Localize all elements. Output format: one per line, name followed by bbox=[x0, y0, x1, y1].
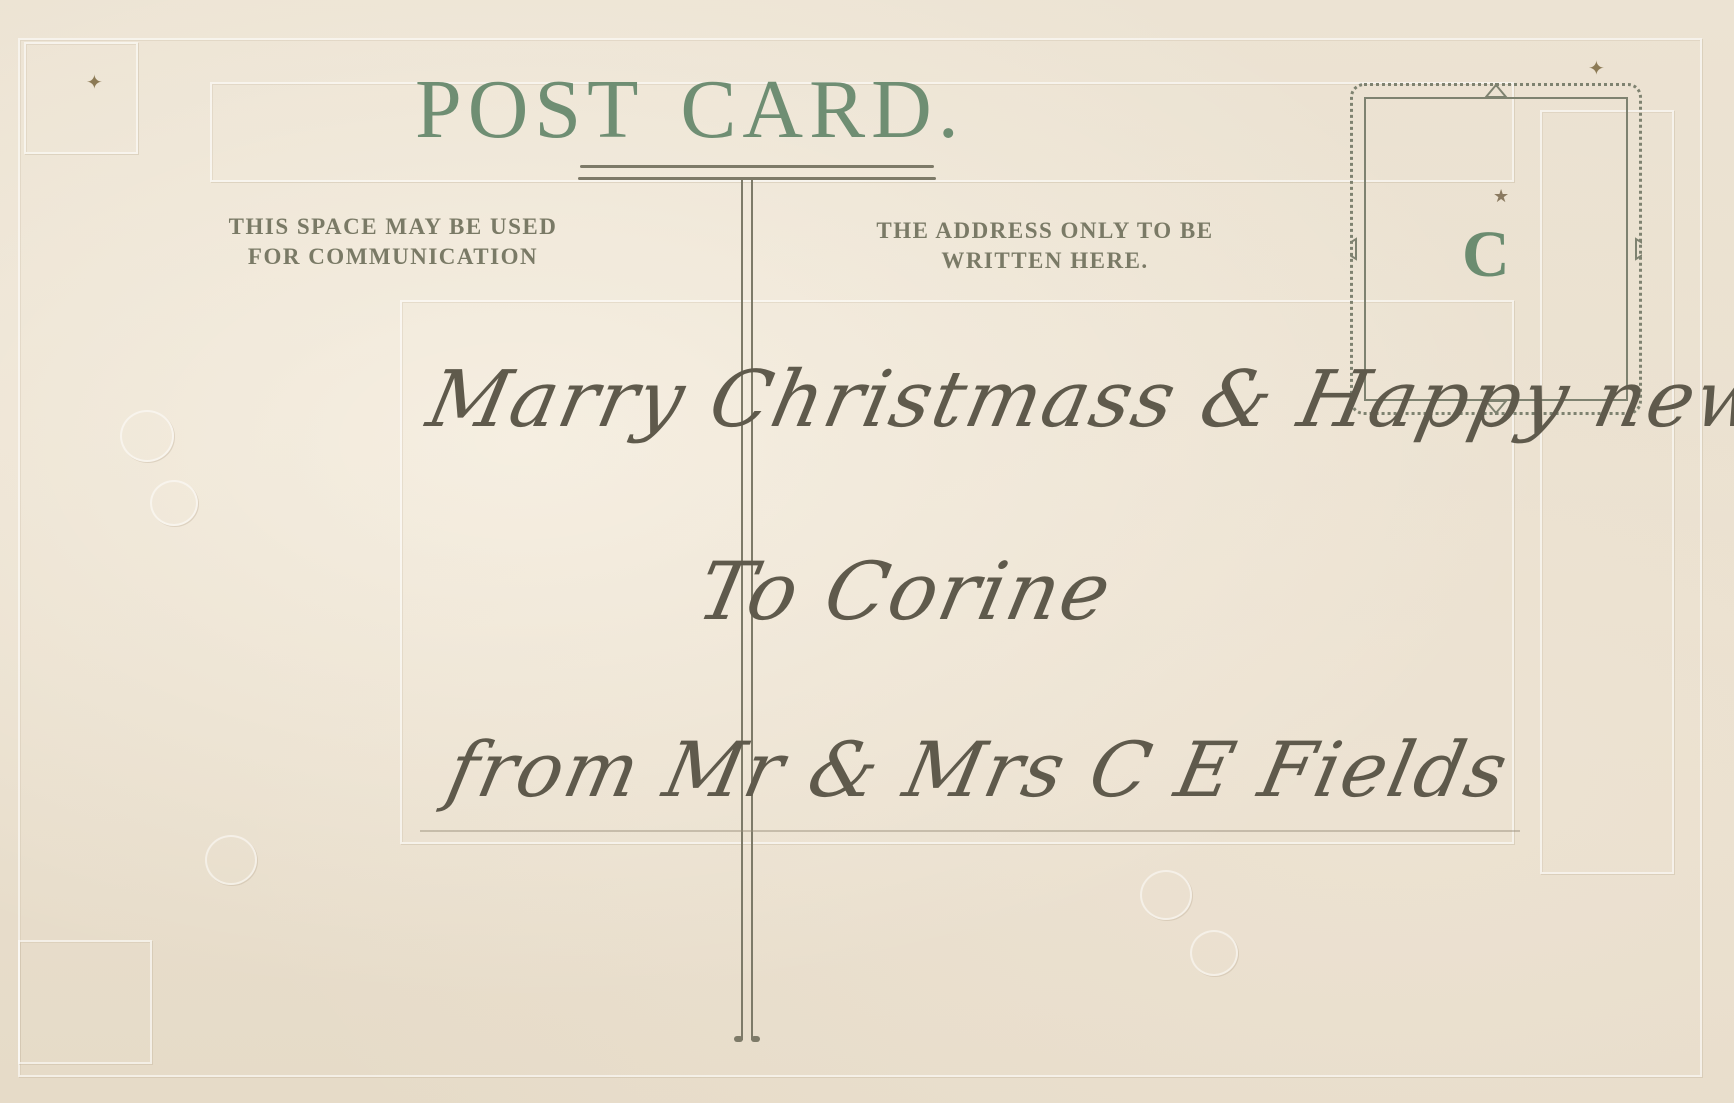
communication-caption-line2: FOR COMMUNICATION bbox=[178, 242, 608, 272]
embossed-holly-berry-icon bbox=[1190, 930, 1238, 976]
embossed-bottom-frame bbox=[18, 940, 152, 1064]
address-caption-line2: WRITTEN HERE. bbox=[830, 246, 1260, 276]
embossed-holly-berry-icon bbox=[1140, 870, 1192, 920]
divider-foot-right bbox=[751, 1036, 760, 1042]
postcard-title: POSTCARD. bbox=[415, 68, 965, 152]
communication-caption: THIS SPACE MAY BE USED FOR COMMUNICATION bbox=[178, 212, 608, 272]
handwritten-recipient: To Corine bbox=[690, 545, 1121, 638]
embossed-holly-berry-icon bbox=[120, 410, 174, 462]
handwritten-sender: from Mr & Mrs C E Fields bbox=[440, 725, 1517, 814]
embossed-holly-berry-icon bbox=[150, 480, 198, 526]
title-rule-bottom bbox=[578, 177, 936, 180]
title-rule-top bbox=[580, 165, 934, 168]
embossed-corner-frame bbox=[24, 42, 138, 154]
speck-mark-icon: ✦ bbox=[86, 72, 103, 92]
communication-caption-line1: THIS SPACE MAY BE USED bbox=[178, 212, 608, 242]
star-mark-icon: ★ bbox=[1493, 188, 1509, 206]
divider-foot-left bbox=[734, 1036, 743, 1042]
address-caption: THE ADDRESS ONLY TO BE WRITTEN HERE. bbox=[830, 216, 1260, 276]
speck-mark-icon: ✦ bbox=[1588, 58, 1605, 78]
embossed-holly-berry-icon bbox=[205, 835, 257, 885]
embossed-baseline bbox=[420, 830, 1520, 832]
stamp-box-letter: C bbox=[1462, 222, 1510, 288]
handwritten-greeting: Marry Christmass & Happy new year bbox=[420, 355, 1734, 445]
address-caption-line1: THE ADDRESS ONLY TO BE bbox=[830, 216, 1260, 246]
title-word-post: POST bbox=[415, 63, 644, 156]
postcard-back: ✦ ✦ POSTCARD. THIS SPACE MAY BE USED FOR… bbox=[0, 0, 1734, 1103]
title-word-card: CARD. bbox=[680, 63, 964, 156]
